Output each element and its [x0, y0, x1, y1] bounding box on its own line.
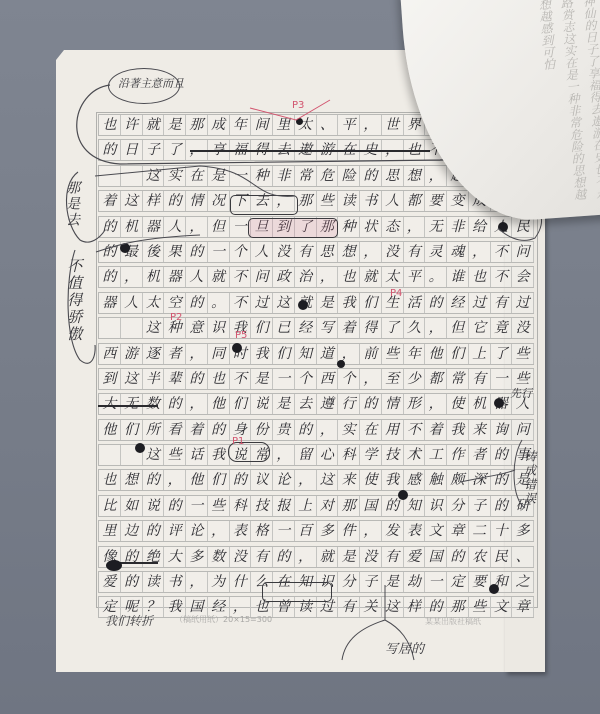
grid-cell: 有	[338, 597, 360, 617]
grid-cell: ，	[360, 115, 382, 135]
grid-cell: 者	[164, 344, 186, 364]
grid-cell: 的	[121, 547, 143, 567]
grid-cell: 知	[295, 344, 317, 364]
grid-cell: 看	[164, 420, 186, 440]
grid-cell: 比	[99, 496, 121, 516]
grid-cell: 活	[404, 293, 426, 313]
grid-cell: 的	[491, 496, 513, 516]
grid-cell: 魂	[447, 242, 469, 262]
grid-cell: 是	[251, 369, 273, 389]
grid-cell: 也	[99, 115, 121, 135]
grid-cell: 他	[425, 344, 447, 364]
grid-cell: 经	[447, 293, 469, 313]
grid-cell: 机	[121, 217, 143, 237]
grid-cell: 贵	[273, 420, 295, 440]
grid-cell: 一	[186, 496, 208, 516]
grid-cell: ，	[360, 242, 382, 262]
grid-cell: 论	[273, 470, 295, 490]
grid-cell: 科	[230, 496, 252, 516]
grid-cell: ，	[186, 572, 208, 592]
grid-cell: 不	[230, 369, 252, 389]
grid-cell: 也	[208, 369, 230, 389]
grid-cell: 许	[121, 115, 143, 135]
grid-cell: 的	[360, 166, 382, 186]
grid-cell: 有	[491, 293, 513, 313]
grid-cell: 它	[469, 318, 491, 338]
grid-cell: 实	[338, 420, 360, 440]
grid-cell: 没	[230, 547, 252, 567]
grid-cell: 到	[99, 369, 121, 389]
grid-cell: 评	[164, 521, 186, 541]
grid-cell: 无	[425, 217, 447, 237]
grid-cell: 我	[251, 344, 273, 364]
grid-cell: 意	[186, 318, 208, 338]
grid-cell: 格	[251, 521, 273, 541]
grid-cell: 不	[230, 293, 252, 313]
grid-cell: 写	[317, 318, 339, 338]
grid-cell: 这	[143, 445, 165, 465]
grid-cell: 着	[186, 420, 208, 440]
grid-cell: 但	[208, 217, 230, 237]
grid-cell: 一	[230, 166, 252, 186]
grid-cell: 态	[382, 217, 404, 237]
grid-cell: ，	[295, 470, 317, 490]
grid-cell: 有	[295, 242, 317, 262]
grid-cell: 里	[99, 521, 121, 541]
grid-cell: 文	[491, 597, 513, 617]
grid-cell: 之	[512, 572, 534, 592]
grid-cell: 形	[404, 394, 426, 414]
grid-cell: 得	[360, 318, 382, 338]
manuscript-row: 这些话我说常，留心科学技术工作者的事	[98, 444, 534, 466]
grid-cell	[121, 166, 143, 186]
grid-cell: 想	[404, 166, 426, 186]
grid-cell: 着	[99, 191, 121, 211]
manuscript-row: 西游逐者，同时我们知道，前些年他们上了些	[98, 343, 534, 365]
grid-cell: 们	[273, 344, 295, 364]
grid-cell: 他	[208, 394, 230, 414]
grid-cell: 遵	[317, 394, 339, 414]
grid-cell: 这	[143, 318, 165, 338]
margin-note-top-left: 沿著主意而且	[118, 78, 184, 91]
grid-cell: 件	[338, 521, 360, 541]
grid-cell: 不	[491, 242, 513, 262]
grid-cell: 着	[338, 318, 360, 338]
grid-cell: 在	[360, 420, 382, 440]
margin-note-right-middle: 先行	[510, 388, 532, 401]
grid-cell: 险	[338, 166, 360, 186]
footer-handwritten-title: 我们转折	[105, 612, 153, 629]
pink-revision-mark: P5	[235, 330, 247, 341]
grid-cell: 常	[295, 166, 317, 186]
pink-revision-mark: P2	[170, 312, 182, 323]
grid-cell: 说	[143, 496, 165, 516]
grid-cell: 变	[447, 191, 469, 211]
grid-cell: 非	[273, 166, 295, 186]
grid-cell: 话	[186, 445, 208, 465]
grid-cell: 子	[360, 572, 382, 592]
grid-cell: 西	[317, 369, 339, 389]
grid-cell: 的	[99, 217, 121, 237]
grid-cell: 器	[164, 267, 186, 287]
grid-cell: ，	[317, 267, 339, 287]
deleted-text-box	[262, 582, 332, 602]
grid-cell: 状	[360, 217, 382, 237]
grid-cell: 国	[360, 496, 382, 516]
grid-cell: 样	[404, 597, 426, 617]
grid-cell: 同	[208, 344, 230, 364]
grid-cell: 了	[491, 344, 513, 364]
manuscript-row: 到这半辈的也不是一个西个，至少都常有一些	[98, 368, 534, 390]
strikethrough-line	[190, 150, 430, 152]
grid-cell: 非	[447, 217, 469, 237]
grid-cell: 那	[447, 597, 469, 617]
grid-cell: 触	[425, 470, 447, 490]
grid-cell: 子	[143, 140, 165, 160]
grid-cell: 一	[208, 242, 230, 262]
grid-cell: 一	[491, 369, 513, 389]
grid-cell: 就	[143, 115, 165, 135]
grid-cell: 逐	[143, 344, 165, 364]
grid-cell: 经	[295, 318, 317, 338]
footer-printed-spec: （稿纸用纸）20×15=300	[175, 614, 272, 625]
grid-cell: 分	[338, 572, 360, 592]
grid-cell: 识	[425, 496, 447, 516]
grid-cell: 上	[295, 496, 317, 516]
grid-cell: 谁	[447, 267, 469, 287]
grid-cell: 是	[273, 394, 295, 414]
grid-cell: 人	[121, 293, 143, 313]
grid-cell: 使	[360, 470, 382, 490]
deleted-text-box	[230, 195, 298, 215]
grid-cell: 个	[338, 369, 360, 389]
grid-cell: ，	[186, 394, 208, 414]
grid-cell: 询	[491, 420, 513, 440]
grid-cell	[121, 318, 143, 338]
grid-cell: 着	[425, 420, 447, 440]
grid-cell: 作	[447, 445, 469, 465]
manuscript-row: 他们所看着的身份贵的，实在用不着我来询问	[98, 419, 534, 441]
grid-cell: ，	[295, 547, 317, 567]
ink-blot	[135, 443, 145, 453]
grid-cell: 些	[317, 191, 339, 211]
manuscript-row: 器人太空的。不过这就是我们生活的经过有过	[98, 292, 534, 314]
grid-cell: 术	[404, 445, 426, 465]
grid-cell: 一	[273, 369, 295, 389]
grid-cell: 读	[143, 572, 165, 592]
ink-blot	[232, 343, 242, 353]
grid-cell: 太	[382, 267, 404, 287]
grid-cell: 工	[425, 445, 447, 465]
grid-cell: 如	[121, 496, 143, 516]
grid-cell: 。	[425, 267, 447, 287]
grid-cell: 是	[382, 572, 404, 592]
signature: 写居的	[385, 638, 424, 657]
grid-cell: 了	[164, 140, 186, 160]
grid-cell: 这	[121, 191, 143, 211]
grid-cell: 书	[360, 191, 382, 211]
strikethrough-line	[120, 562, 158, 564]
grid-cell: 的	[186, 242, 208, 262]
grid-cell: 多	[186, 547, 208, 567]
grid-cell: 报	[273, 496, 295, 516]
grid-cell: 知	[404, 496, 426, 516]
grid-cell: 绝	[143, 547, 165, 567]
grid-cell: 技	[382, 445, 404, 465]
grid-cell: 常	[447, 369, 469, 389]
grid-cell: 就	[317, 547, 339, 567]
grid-cell: 没	[273, 242, 295, 262]
grid-cell: 章	[512, 597, 534, 617]
grid-cell: ，	[360, 369, 382, 389]
grid-cell: 这	[317, 470, 339, 490]
grid-cell: 间	[251, 115, 273, 135]
grid-cell: 上	[469, 344, 491, 364]
pink-revision-mark: P4	[390, 288, 402, 299]
margin-note-left-lower: 不值得骄傲	[65, 258, 82, 343]
grid-cell: 但	[447, 318, 469, 338]
grid-cell: 後	[143, 242, 165, 262]
grid-cell: 爱	[99, 572, 121, 592]
grid-cell: 用	[382, 420, 404, 440]
grid-cell: 样	[143, 191, 165, 211]
grid-cell: 去	[295, 394, 317, 414]
grid-cell: 定	[447, 572, 469, 592]
grid-cell: 颇	[447, 470, 469, 490]
grid-cell: 情	[186, 191, 208, 211]
manuscript-row: 这种意识我们已经写着得了久，但它竟没	[98, 317, 534, 339]
grid-cell: 们	[121, 420, 143, 440]
strikethrough-line	[98, 405, 158, 407]
grid-cell: 爱	[404, 547, 426, 567]
pink-revision-mark: P3	[292, 100, 304, 111]
grid-cell: 识	[208, 318, 230, 338]
grid-cell: 过	[251, 293, 273, 313]
grid-cell: 都	[425, 369, 447, 389]
grid-cell: 人	[164, 217, 186, 237]
grid-cell: 种	[338, 217, 360, 237]
grid-cell: 情	[382, 394, 404, 414]
grid-cell: 国	[425, 547, 447, 567]
grid-cell: 的	[491, 470, 513, 490]
grid-cell: 的	[99, 140, 121, 160]
ink-blot	[398, 490, 408, 500]
ink-blot	[498, 222, 508, 232]
grid-cell: 民	[491, 547, 513, 567]
grid-cell: 的	[186, 369, 208, 389]
grid-cell: 、	[512, 547, 534, 567]
grid-cell: 都	[404, 191, 426, 211]
grid-cell: 劫	[404, 572, 426, 592]
grid-cell	[99, 445, 121, 465]
grid-cell: 就	[208, 267, 230, 287]
grid-cell: 人	[382, 191, 404, 211]
grid-cell: 这	[143, 166, 165, 186]
grid-cell: 器	[99, 293, 121, 313]
grid-cell: 实	[164, 166, 186, 186]
grid-cell: 人	[251, 242, 273, 262]
grid-cell: 的	[273, 547, 295, 567]
pink-revision-mark: P1	[232, 436, 244, 447]
grid-cell: 思	[382, 166, 404, 186]
grid-cell: 没	[512, 318, 534, 338]
grid-cell: 的	[360, 394, 382, 414]
grid-cell: 我	[338, 293, 360, 313]
ink-blot	[296, 118, 303, 125]
grid-cell: 读	[338, 191, 360, 211]
grid-cell: 的	[143, 470, 165, 490]
grid-cell: ，	[208, 521, 230, 541]
ink-blot	[106, 560, 122, 571]
grid-cell: 会	[512, 267, 534, 287]
grid-cell: 就	[360, 267, 382, 287]
manuscript-row: 着这样的情况下去，那些读书人都要变成一个	[98, 190, 534, 212]
grid-cell: 是	[317, 293, 339, 313]
grid-cell: 文	[425, 521, 447, 541]
grid-cell: 治	[295, 267, 317, 287]
manuscript-row: 的，机器人就不问政治，也就太平。谁也不会	[98, 266, 534, 288]
grid-cell: 想	[121, 470, 143, 490]
grid-cell: 他	[99, 420, 121, 440]
grid-cell: 留	[295, 445, 317, 465]
grid-cell: 平	[404, 267, 426, 287]
grid-cell: 竟	[491, 318, 513, 338]
grid-cell: 给	[469, 217, 491, 237]
grid-cell: 关	[360, 597, 382, 617]
grid-cell: 这	[121, 369, 143, 389]
grid-cell	[99, 318, 121, 338]
manuscript-row: 里边的评论，表格一百多件，发表文章二十多	[98, 520, 534, 542]
grid-cell: 有	[382, 547, 404, 567]
grid-cell: 技	[251, 496, 273, 516]
grid-cell: 有	[469, 369, 491, 389]
grid-cell: 们	[208, 470, 230, 490]
margin-note-left-upper: 那是去	[64, 180, 80, 228]
grid-cell: 西	[99, 344, 121, 364]
grid-cell: ，	[121, 267, 143, 287]
grid-cell: 说	[251, 394, 273, 414]
grid-cell: 在	[186, 166, 208, 186]
grid-cell: 些	[164, 445, 186, 465]
grid-cell: ，	[404, 217, 426, 237]
grid-cell: ，	[317, 420, 339, 440]
grid-cell: 我	[208, 445, 230, 465]
grid-cell: 有	[251, 547, 273, 567]
grid-cell: 太	[143, 293, 165, 313]
grid-cell: 也	[99, 470, 121, 490]
grid-cell	[99, 166, 121, 186]
grid-cell: 的	[425, 293, 447, 313]
grid-cell: 们	[251, 318, 273, 338]
grid-cell: ，	[164, 470, 186, 490]
grid-cell: 发	[382, 521, 404, 541]
grid-cell: 的	[447, 547, 469, 567]
grid-cell: 要	[425, 191, 447, 211]
grid-cell: 也	[338, 267, 360, 287]
grid-cell: 过	[469, 293, 491, 313]
grid-cell: 科	[338, 445, 360, 465]
grid-cell: 使	[447, 394, 469, 414]
grid-cell: 是	[338, 547, 360, 567]
grid-cell: 已	[273, 318, 295, 338]
grid-cell: 的	[143, 521, 165, 541]
grid-cell: 十	[491, 521, 513, 541]
grid-cell: 些	[512, 344, 534, 364]
manuscript-row: 大无数的，他们说是去遵行的情形，使机器人	[98, 393, 534, 415]
curled-page-text: 也许就是那成年间里太平世界富裕这着神仙的日子了享福得去遨游在史也不是路赏志这实在…	[461, 0, 600, 214]
grid-cell: 有	[404, 242, 426, 262]
grid-cell: 来	[469, 420, 491, 440]
grid-cell: 世	[382, 115, 404, 135]
grid-cell: 至	[382, 369, 404, 389]
grid-cell: 那	[338, 496, 360, 516]
grid-cell: 些	[208, 496, 230, 516]
grid-cell: 的	[186, 293, 208, 313]
grid-cell: 半	[143, 369, 165, 389]
grid-cell: 议	[251, 470, 273, 490]
grid-cell: 份	[251, 420, 273, 440]
grid-cell: 里	[273, 115, 295, 135]
grid-cell: 问	[512, 242, 534, 262]
grid-cell: 二	[469, 521, 491, 541]
grid-cell: ，	[186, 344, 208, 364]
grid-cell: 灵	[425, 242, 447, 262]
ink-blot	[337, 360, 345, 368]
grid-cell: 没	[360, 547, 382, 567]
grid-cell: 行	[338, 394, 360, 414]
grid-cell: ，	[469, 242, 491, 262]
grid-cell: 机	[143, 267, 165, 287]
grid-cell: 多	[512, 521, 534, 541]
grid-cell: ，	[425, 394, 447, 414]
grid-cell: 为	[208, 572, 230, 592]
grid-cell: 前	[360, 344, 382, 364]
grid-cell: 农	[469, 547, 491, 567]
grid-cell: 什	[230, 572, 252, 592]
grid-cell: 机	[469, 394, 491, 414]
grid-cell: 的	[99, 242, 121, 262]
grid-cell: 没	[382, 242, 404, 262]
grid-cell: 个	[295, 369, 317, 389]
grid-cell: 章	[447, 521, 469, 541]
grid-cell: 心	[317, 445, 339, 465]
grid-cell: 的	[164, 394, 186, 414]
deleted-text-box	[248, 218, 338, 238]
grid-cell: 种	[251, 166, 273, 186]
grid-cell: 表	[404, 521, 426, 541]
grid-cell: 。	[208, 293, 230, 313]
grid-cell: ，	[273, 445, 295, 465]
grid-cell: 的	[295, 420, 317, 440]
grid-cell: 的	[99, 267, 121, 287]
grid-cell: 、	[317, 115, 339, 135]
grid-cell: 那	[186, 115, 208, 135]
grid-cell: 感	[404, 470, 426, 490]
grid-cell: 果	[164, 242, 186, 262]
grid-cell: 的	[164, 191, 186, 211]
footer-printed-publisher: 某某出版社稿纸	[425, 616, 481, 627]
grid-cell: 些	[382, 344, 404, 364]
grid-cell: 的	[164, 496, 186, 516]
grid-cell: 表	[230, 521, 252, 541]
grid-cell: 久	[404, 318, 426, 338]
grid-cell: 的	[208, 420, 230, 440]
grid-cell: 成	[208, 115, 230, 135]
grid-cell: 不	[491, 267, 513, 287]
ink-blot	[494, 398, 504, 408]
grid-cell: 学	[360, 445, 382, 465]
grid-cell: 边	[121, 521, 143, 541]
